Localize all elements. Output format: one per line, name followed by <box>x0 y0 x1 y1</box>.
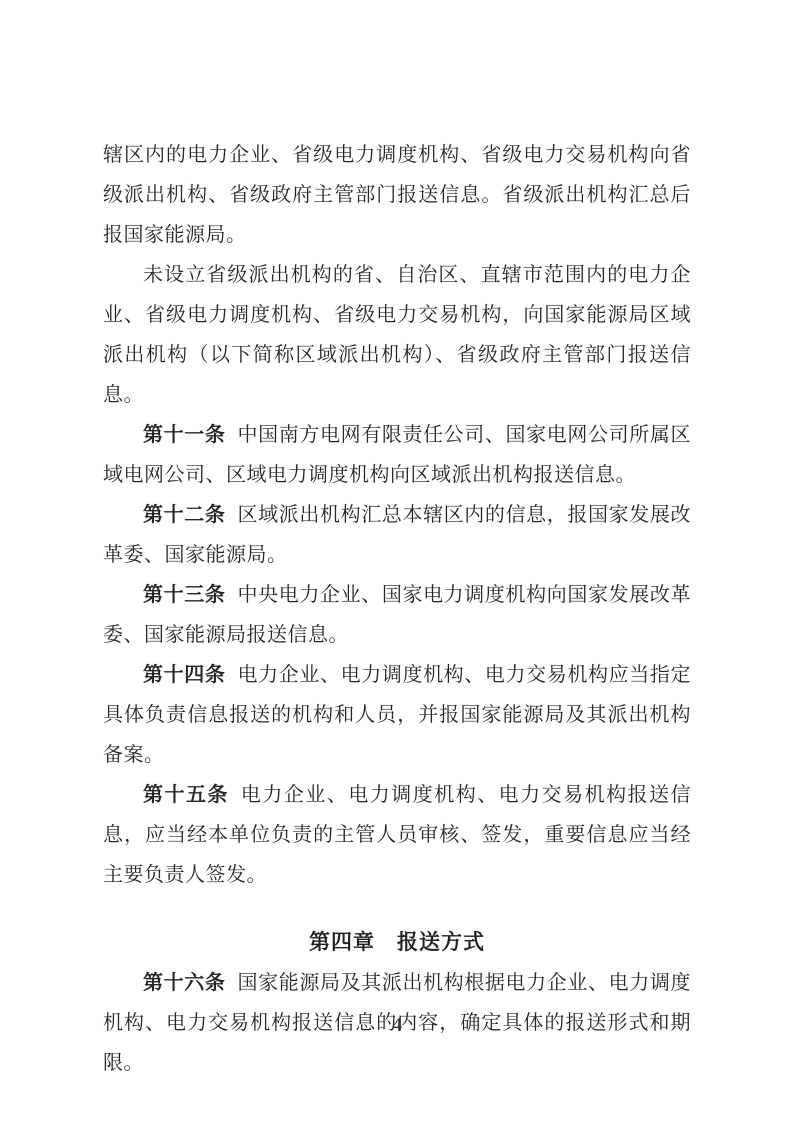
paragraph-article-15: 第十五条电力企业、电力调度机构、电力交易机构报送信息，应当经本单位负责的主管人员… <box>103 775 691 895</box>
paragraph-article-12: 第十二条区域派出机构汇总本辖区内的信息，报国家发展改革委、国家能源局。 <box>103 495 691 575</box>
paragraph-continuation: 辖区内的电力企业、省级电力调度机构、省级电力交易机构向省级派出机构、省级政府主管… <box>103 135 691 255</box>
paragraph-article-13: 第十三条中央电力企业、国家电力调度机构向国家发展改革委、国家能源局报送信息。 <box>103 575 691 655</box>
paragraph-text: 未设立省级派出机构的省、自治区、直辖市范围内的电力企业、省级电力调度机构、省级电… <box>103 264 691 406</box>
article-number: 第十五条 <box>143 784 229 806</box>
article-number: 第十二条 <box>143 504 225 526</box>
article-number: 第十一条 <box>143 424 225 446</box>
article-number: 第十四条 <box>143 664 225 686</box>
article-number: 第十三条 <box>143 584 225 606</box>
document-page: 辖区内的电力企业、省级电力调度机构、省级电力交易机构向省级派出机构、省级政府主管… <box>0 0 794 1123</box>
paragraph: 未设立省级派出机构的省、自治区、直辖市范围内的电力企业、省级电力调度机构、省级电… <box>103 255 691 415</box>
paragraph-article-11: 第十一条中国南方电网有限责任公司、国家电网公司所属区域电网公司、区域电力调度机构… <box>103 415 691 495</box>
paragraph-text: 辖区内的电力企业、省级电力调度机构、省级电力交易机构向省级派出机构、省级政府主管… <box>103 144 691 246</box>
page-number: 4 <box>0 1010 794 1040</box>
article-number: 第十六条 <box>143 972 225 994</box>
paragraph-article-14: 第十四条电力企业、电力调度机构、电力交易机构应当指定具体负责信息报送的机构和人员… <box>103 655 691 775</box>
document-body: 辖区内的电力企业、省级电力调度机构、省级电力交易机构向省级派出机构、省级政府主管… <box>103 135 691 1083</box>
chapter-heading: 第四章 报送方式 <box>103 923 691 963</box>
